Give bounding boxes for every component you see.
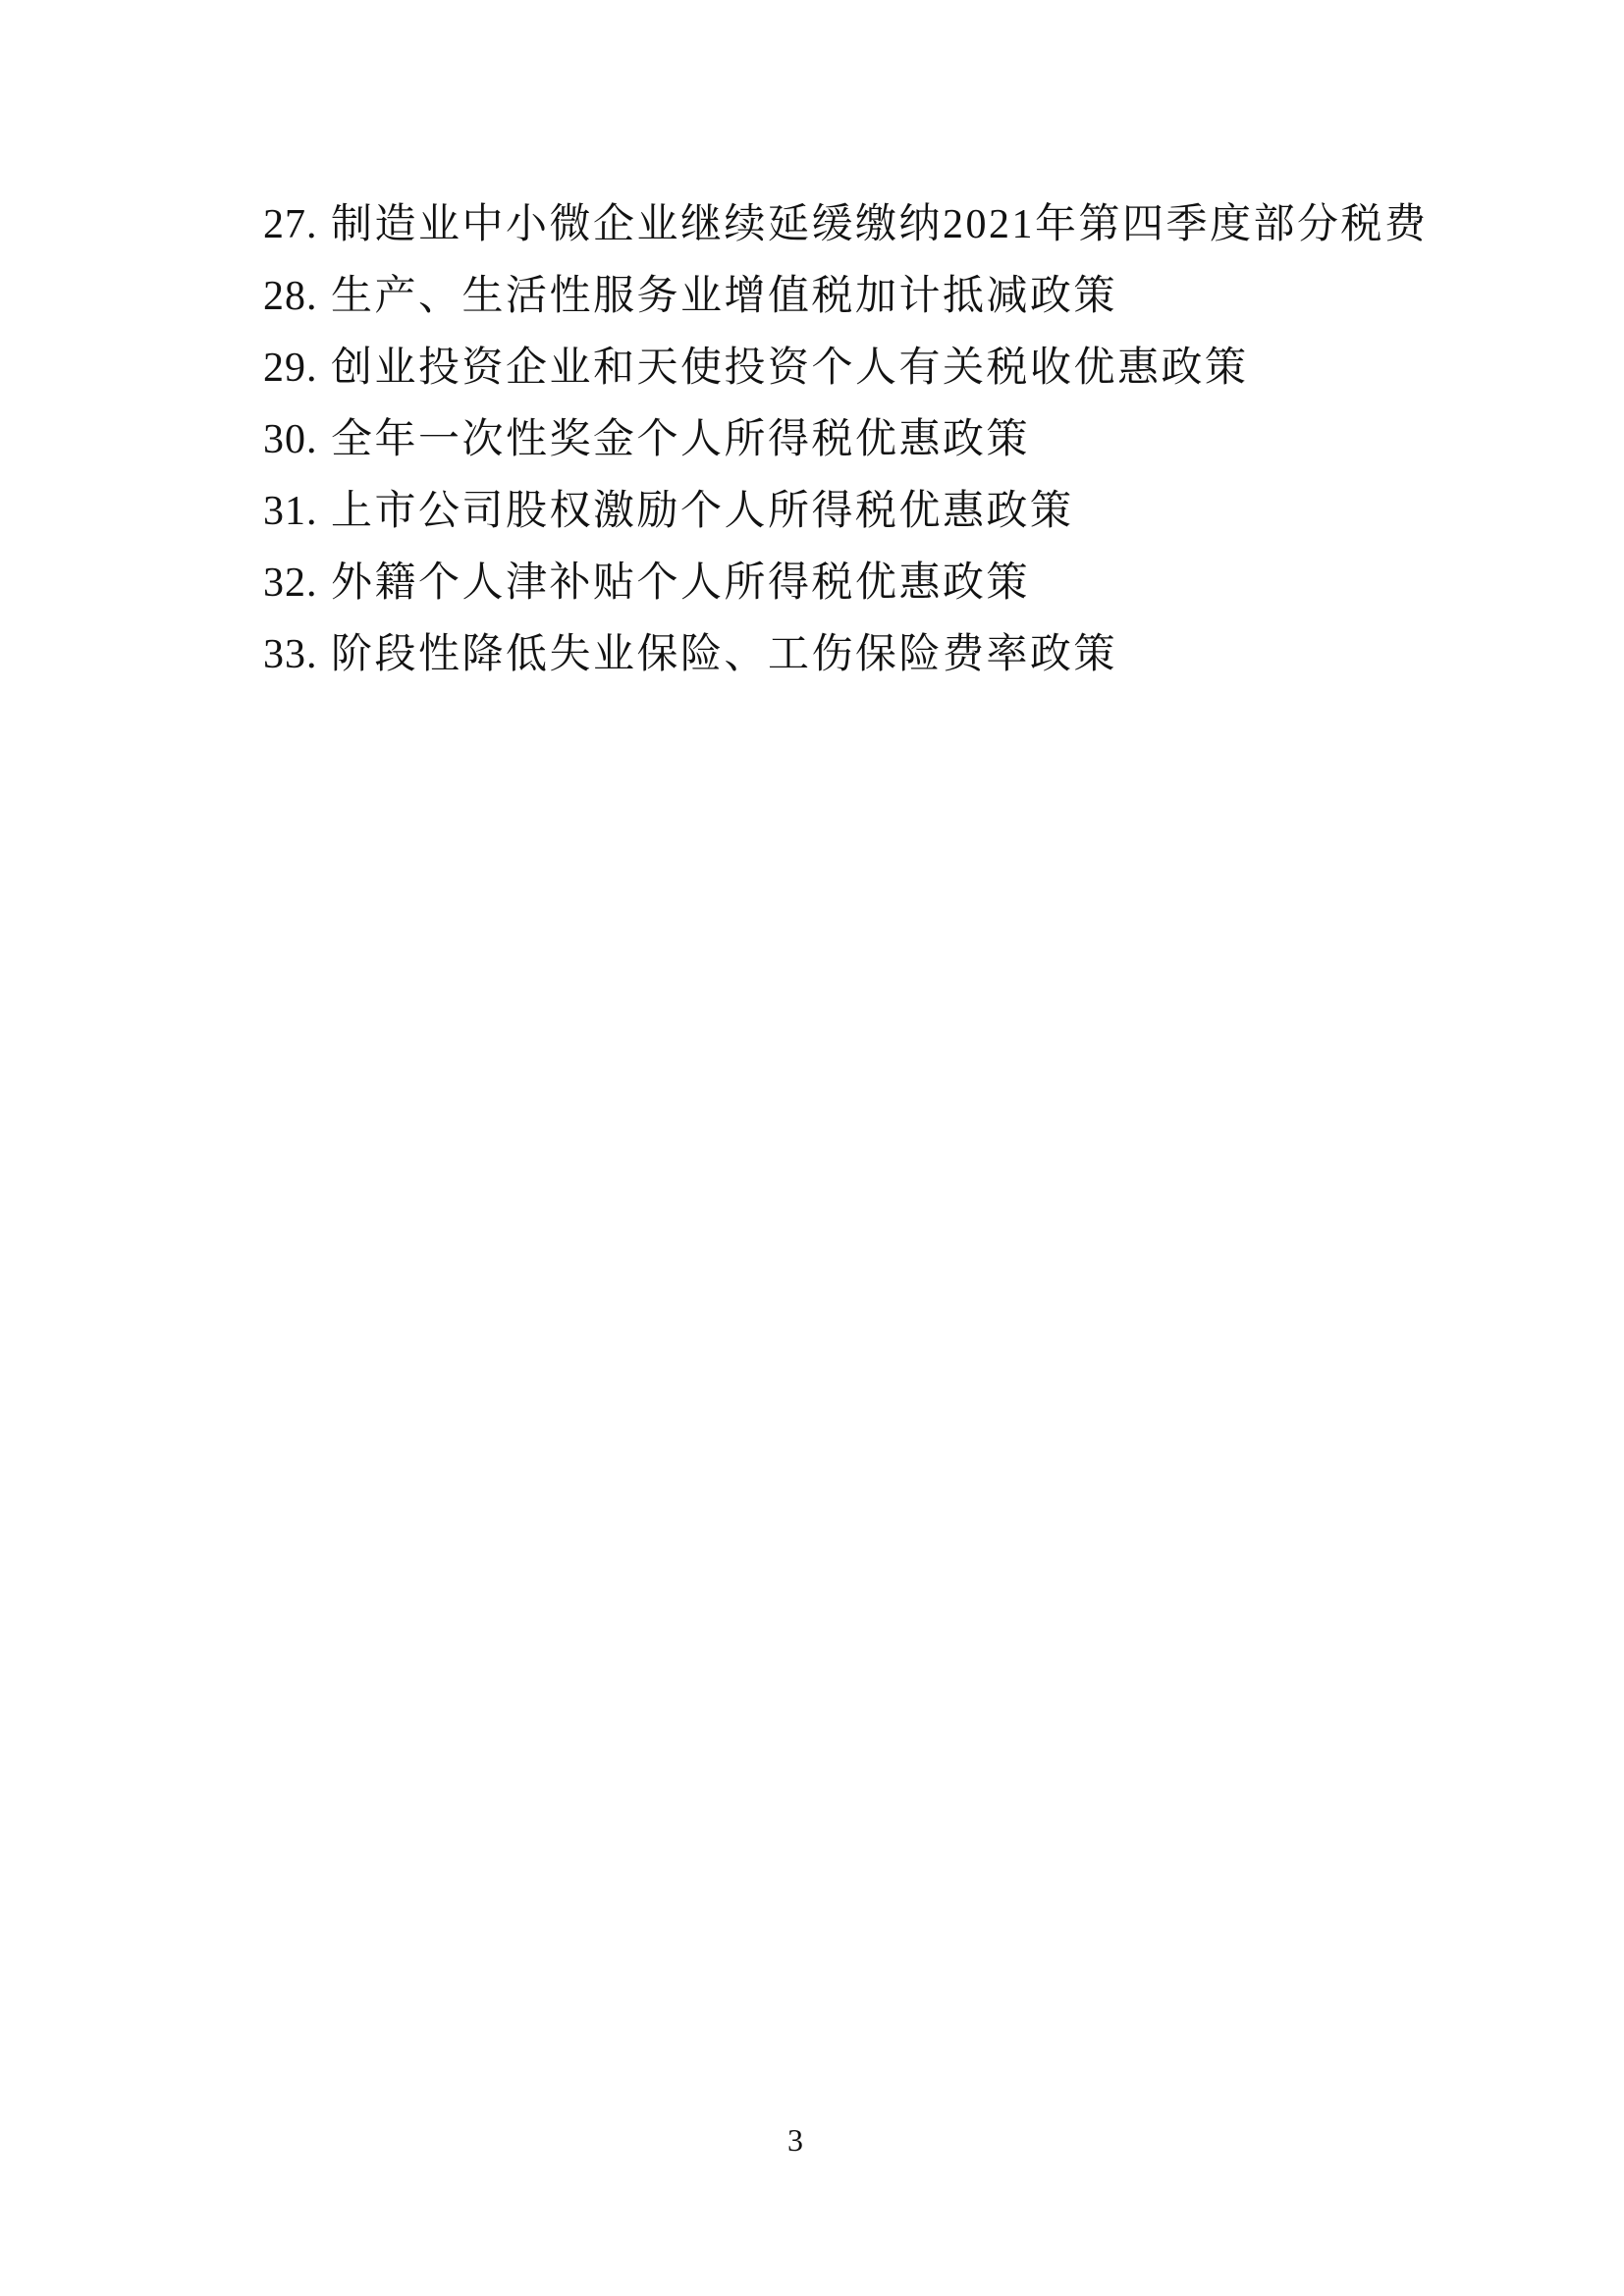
item-number: 29. (263, 346, 318, 391)
policy-list: 27.制造业中小微企业继续延缓缴纳2021年第四季度部分税费 28.生产、生活性… (263, 202, 1506, 704)
document-page: 27.制造业中小微企业继续延缓缴纳2021年第四季度部分税费 28.生产、生活性… (0, 0, 1624, 2296)
list-item: 33.阶段性降低失业保险、工伤保险费率政策 (263, 632, 1506, 704)
list-item: 28.生产、生活性服务业增值税加计抵减政策 (263, 274, 1506, 346)
item-text: 全年一次性奖金个人所得税优惠政策 (331, 417, 1030, 462)
item-number: 32. (263, 561, 318, 606)
list-item: 27.制造业中小微企业继续延缓缴纳2021年第四季度部分税费 (263, 202, 1506, 274)
list-item: 31.上市公司股权激励个人所得税优惠政策 (263, 489, 1506, 561)
list-item: 30.全年一次性奖金个人所得税优惠政策 (263, 417, 1506, 489)
item-text: 制造业中小微企业继续延缓缴纳2021年第四季度部分税费 (331, 202, 1429, 247)
item-text: 阶段性降低失业保险、工伤保险费率政策 (331, 632, 1117, 677)
item-text: 生产、生活性服务业增值税加计抵减政策 (331, 274, 1117, 319)
list-item: 29.创业投资企业和天使投资个人有关税收优惠政策 (263, 346, 1506, 417)
item-number: 31. (263, 489, 318, 534)
page-number: 3 (0, 2122, 1591, 2159)
item-number: 30. (263, 417, 318, 462)
item-text: 创业投资企业和天使投资个人有关税收优惠政策 (331, 346, 1249, 391)
list-item: 32.外籍个人津补贴个人所得税优惠政策 (263, 561, 1506, 632)
item-number: 33. (263, 632, 318, 677)
item-text: 外籍个人津补贴个人所得税优惠政策 (331, 561, 1030, 606)
item-number: 28. (263, 274, 318, 319)
item-number: 27. (263, 202, 318, 247)
item-text: 上市公司股权激励个人所得税优惠政策 (331, 489, 1074, 534)
